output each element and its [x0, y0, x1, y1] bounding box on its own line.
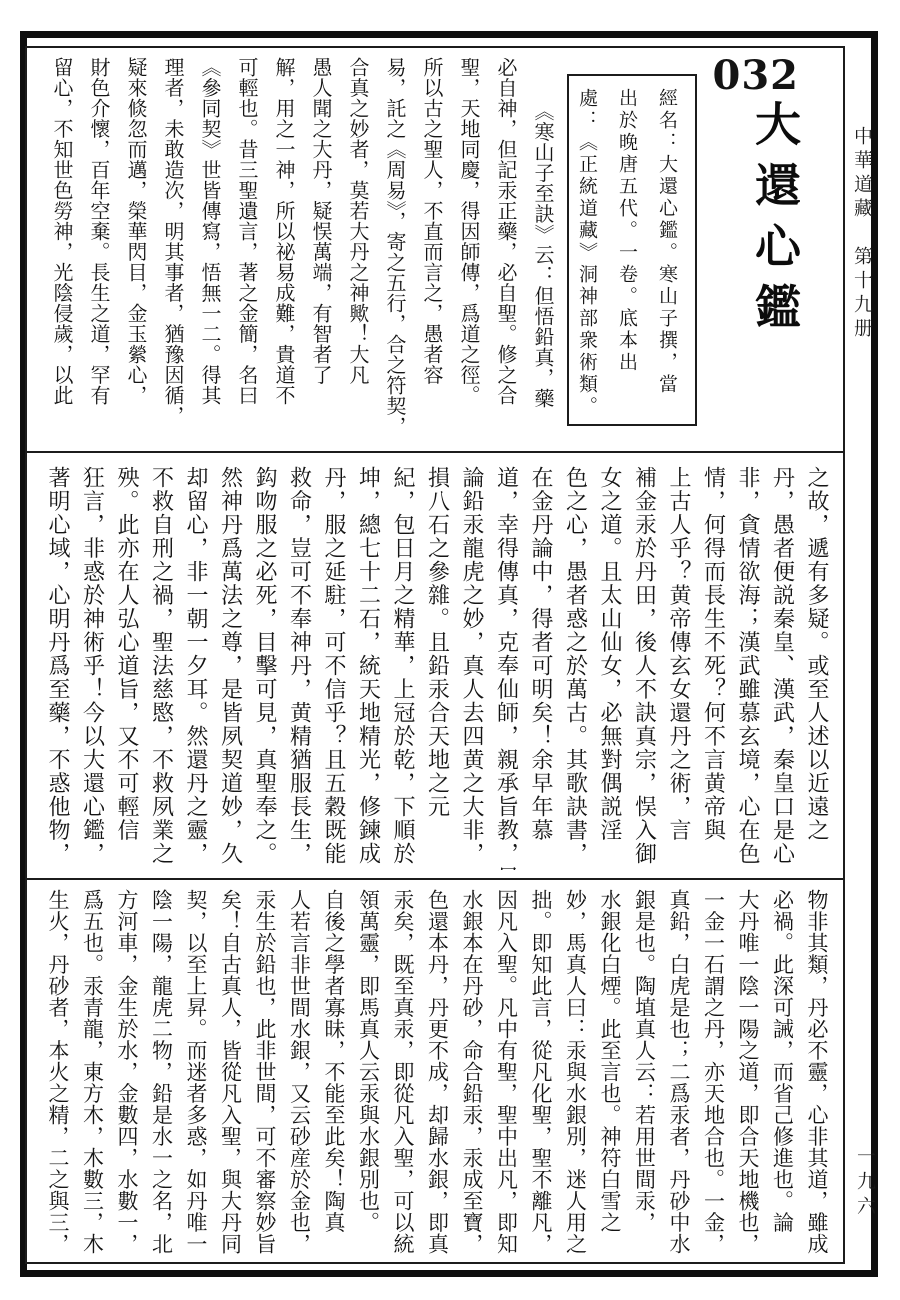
text-column: 論鉛汞龍虎之妙，真人去四黄之大非，	[455, 466, 490, 870]
text-column: 契，以至上昇。而迷者多惑，如丹唯一	[179, 889, 214, 1255]
page-number: 一九六	[851, 1146, 878, 1236]
text-column: 經名：大還心鑑。寒山子撰，當	[646, 88, 686, 412]
section-preface: 032 大還心鑑 經名：大還心鑑。寒山子撰，當出於晚唐五代。一卷。底本出處：《正…	[27, 48, 843, 453]
colophon-box: 經名：大還心鑑。寒山子撰，當出於晚唐五代。一卷。底本出處：《正統道藏》洞神部衆術…	[567, 74, 697, 426]
text-column: 非，貪情欲海；漢武雖慕玄境，心在色	[731, 466, 766, 870]
text-column: 妙，馬真人曰：汞與水銀別，迷人用之	[558, 889, 593, 1255]
text-column: 大丹唯一陰一陽之道，即合天地機也，	[731, 889, 766, 1255]
text-column: 丹，愚者便説秦皇、漢武，秦皇口是心	[765, 466, 800, 870]
text-column: 上古人乎？黄帝傳玄女還丹之術，言	[662, 466, 697, 870]
text-column: 一金一石謂之丹，亦天地合也。一金，	[696, 889, 731, 1255]
elixir-text-columns: 物非其類，丹必不靈，心非其道，雖成必禍。此深可誡，而省己修進也。論大丹唯一陰一陽…	[41, 889, 835, 1255]
text-column: 必禍。此深可誡，而省己修進也。論	[765, 889, 800, 1255]
section-discourse: 之故，遞有多疑。或至人述以近遠之丹，愚者便説秦皇、漢武，秦皇口是心非，貪情欲海；…	[27, 453, 843, 880]
text-column: 理者，未敢造次，明其事者，猶豫因循，	[153, 57, 190, 451]
text-column: 疑來倐忽而邁，榮華閃目，金玉縈心，	[116, 57, 153, 451]
text-column: 陰一陽，龍虎二物，鉛是水一之名，北	[144, 889, 179, 1255]
text-column: 坤，總七十二石，統天地精光，修鍊成	[351, 466, 386, 870]
text-column: 因凡入聖。凡中有聖，聖中出凡，即知	[489, 889, 524, 1255]
text-column: 領萬靈，即馬真人云汞與水銀別也。	[351, 889, 386, 1255]
text-column: 情，何得而長生不死？何不言黄帝與	[696, 466, 731, 870]
text-column: 財色介懷，百年空棄。長生之道，罕有	[79, 57, 116, 451]
text-column: 出於晚唐五代。一卷。底本出	[606, 88, 646, 412]
text-column: 《參同契》世皆傳寫，悟無一二。得其	[190, 57, 227, 451]
text-column: 丹，服之延駐，可不信乎？且五穀既能	[317, 466, 352, 870]
text-column: 狂言，非惑於神術乎！今以大還心鑑，	[75, 466, 110, 870]
text-column: 不救自刑之禍，聖法慈愍，不救夙業之	[144, 466, 179, 870]
book-title: 大還心鑑	[741, 100, 807, 344]
text-column: 鈎吻服之必死，目擊可見，真聖奉之。	[248, 466, 283, 870]
text-frame: 032 大還心鑑 經名：大還心鑑。寒山子撰，當出於晚唐五代。一卷。底本出處：《正…	[25, 46, 845, 1264]
text-column: 所以古之聖人，不直而言之，愚者容	[412, 57, 449, 451]
text-column: 人若言非世間水銀，又云砂産於金也，	[282, 889, 317, 1255]
text-column: 愚人聞之大丹，疑悮萬端，有智者了	[301, 57, 338, 451]
text-column: 拙。即知此言，從凡化聖，聖不離凡，	[524, 889, 559, 1255]
preface-text-columns: 《寒山子至訣》云：但悟鉛真，藥必自神，但記汞正藥，必自聖。修之合聖，天地同慶，得…	[42, 57, 560, 451]
text-column: 處：《正統道藏》洞神部衆術類。	[567, 88, 606, 412]
text-column: 爲五也。汞青龍，東方木，木數三，木	[75, 889, 110, 1255]
text-column: 物非其類，丹必不靈，心非其道，雖成	[800, 889, 835, 1255]
text-column: 水銀化白煙。此至言也。神符白雪之	[593, 889, 628, 1255]
text-column: 矣！自古真人，皆從凡入聖，與大丹同	[213, 889, 248, 1255]
text-column: 然神丹爲萬法之尊，是皆夙契道妙，久	[213, 466, 248, 870]
book-number: 032	[713, 52, 800, 99]
text-column: 在金丹論中，得者可明矣！余早年慕	[524, 466, 559, 870]
text-column: 真鉛，白虎是也；二爲汞者，丹砂中水	[662, 889, 697, 1255]
text-column: 必自神，但記汞正藥，必自聖。修之合	[486, 57, 523, 451]
text-column: 道，幸得傳真，克奉仙師，親承旨教，只	[489, 466, 524, 870]
text-column: 自後之學者寡昧，不能至此矣！陶真	[317, 889, 352, 1255]
text-column: 合真之妙者，莫若大丹之神歟！大凡	[338, 57, 375, 451]
text-column: 却留心，非一朝一夕耳。然還丹之靈，	[179, 466, 214, 870]
text-column: 紀，包日月之精華，上冠於乾，下順於	[386, 466, 421, 870]
text-column: 救命，豈可不奉神丹，黄精猶服長生，	[282, 466, 317, 870]
text-column: 聖，天地同慶，得因師傳，爲道之徑。	[449, 57, 486, 451]
text-column: 方河車，金生於水，金數四，水數一，共	[110, 889, 145, 1255]
volume-label: 中華道藏 第十九册	[848, 126, 875, 356]
text-column: 留心，不知世色勞神，光陰侵歲，以此	[42, 57, 79, 451]
text-column: 女之道。且太山仙女，必無對偶説淫	[593, 466, 628, 870]
text-column: 汞矣，既至真汞，即從凡入聖，可以統	[386, 889, 421, 1255]
text-column: 汞生於鉛也，此非世間，可不審察妙旨	[248, 889, 283, 1255]
text-column: 之故，遞有多疑。或至人述以近遠之	[800, 466, 835, 870]
text-column: 水銀本在丹砂，命合鉛汞，汞成至寶，	[455, 889, 490, 1255]
text-column: 易，託之《周易》，寄之五行，合之符契，	[375, 57, 412, 451]
discourse-text-columns: 之故，遞有多疑。或至人述以近遠之丹，愚者便説秦皇、漢武，秦皇口是心非，貪情欲海；…	[41, 466, 835, 870]
text-column: 可輕也。昔三聖遺言，著之金簡，名曰	[227, 57, 264, 451]
text-column: 生火，丹砂者，本火之精，二之與三，共	[41, 889, 76, 1255]
text-column: 銀是也。陶埴真人云：若用世間汞，	[627, 889, 662, 1255]
text-column: 色還本丹，丹更不成，却歸水銀，即真	[420, 889, 455, 1255]
text-column: 殃。此亦在人弘心道旨，又不可輕信	[110, 466, 145, 870]
text-column: 補金汞於丹田，後人不訣真宗，悮入御	[627, 466, 662, 870]
section-elixir-theory: 物非其類，丹必不靈，心非其道，雖成必禍。此深可誡，而省己修進也。論大丹唯一陰一陽…	[27, 880, 843, 1262]
text-column: 解，用之一神，所以祕易成難，貴道不	[264, 57, 301, 451]
text-column: 色之心，愚者惑之於萬古。其歌訣書，	[558, 466, 593, 870]
text-column: 損八石之參雜。且鉛汞合天地之元	[420, 466, 455, 870]
text-column: 著明心域，心明丹爲至藥，不惑他物，	[41, 466, 76, 870]
text-column: 《寒山子至訣》云：但悟鉛真，藥	[523, 57, 560, 451]
